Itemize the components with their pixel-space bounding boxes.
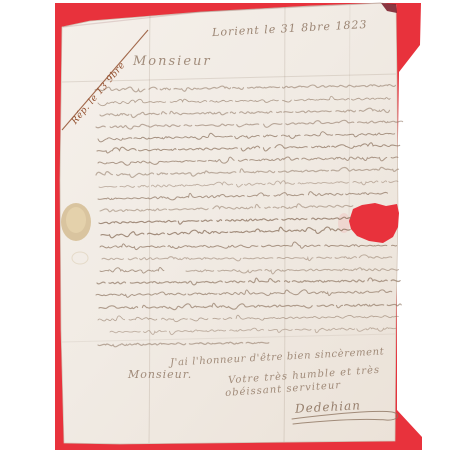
letter-photo-svg: [0, 0, 450, 450]
letter-photo-stage: Rép. le 13 9bre Lorient le 31 8bre 1823 …: [0, 0, 450, 450]
salutation: Monsieur: [133, 54, 212, 69]
closing-address: Monsieur.: [128, 368, 192, 381]
